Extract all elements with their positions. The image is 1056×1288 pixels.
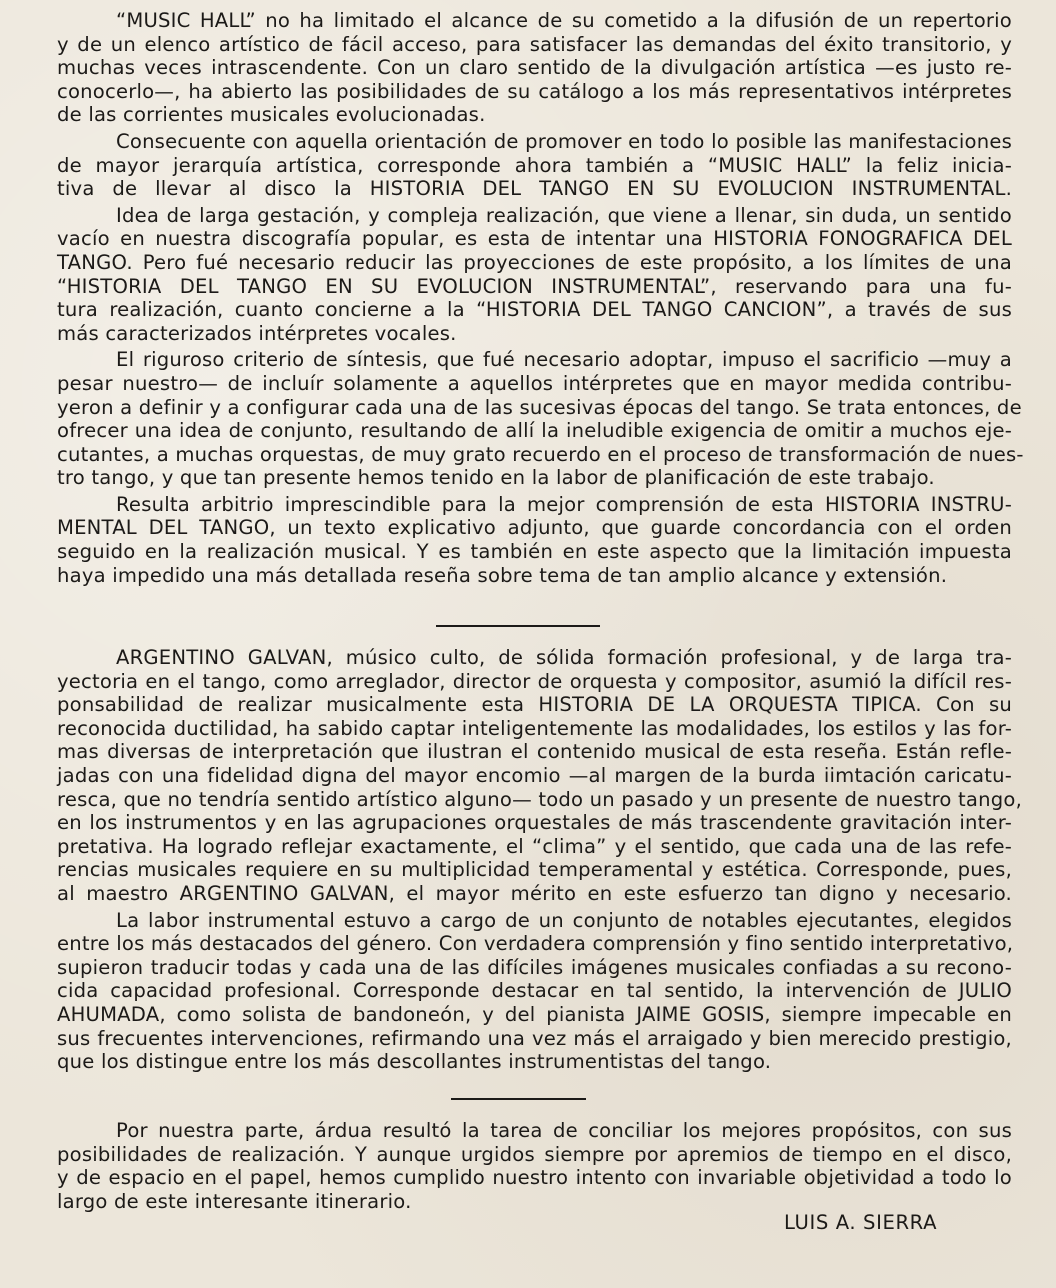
text-line: “MUSIC HALL” no ha limitado el alcance d… xyxy=(57,9,1012,33)
paragraph-instrumental-labor: La labor instrumental estuvo a cargo de … xyxy=(57,909,1012,1074)
text-line: resca, que no tendría sentido artístico … xyxy=(57,788,1012,812)
paragraph-argentino-galvan: ARGENTINO GALVAN, músico culto, de sólid… xyxy=(57,646,1012,906)
text-line: supieron traducir todas y cada una de la… xyxy=(57,956,1012,980)
text-line: largo de este interesante itinerario. xyxy=(57,1190,1012,1214)
text-line: seguido en la realización musical. Y es … xyxy=(57,540,1012,564)
text-line: que los distingue entre los más descolla… xyxy=(57,1050,1012,1074)
text-line: conocerlo—, ha abierto las posibilidades… xyxy=(57,80,1012,104)
text-line: yeron a definir y a configurar cada una … xyxy=(57,396,1012,420)
text-line: entre los más destacados del género. Con… xyxy=(57,932,1012,956)
text-line: ponsabilidad de realizar musicalmente es… xyxy=(57,693,1012,717)
text-line: ARGENTINO GALVAN, músico culto, de sólid… xyxy=(57,646,1012,670)
text-line: Consecuente con aquella orientación de p… xyxy=(57,130,1012,154)
text-line: Idea de larga gestación, y compleja real… xyxy=(57,204,1012,228)
text-line: tiva de llevar al disco la HISTORIA DEL … xyxy=(57,177,1012,201)
paragraph-closing: Por nuestra parte, árdua resultó la tare… xyxy=(57,1119,1012,1213)
text-line: cutantes, a muchas orquestas, de muy gra… xyxy=(57,443,1012,467)
section-divider xyxy=(451,1098,586,1100)
text-line: rencias musicales requiere en su multipl… xyxy=(57,858,1012,882)
paragraph-long-gestation: Idea de larga gestación, y compleja real… xyxy=(57,204,1012,346)
paragraph-explanatory-text: Resulta arbitrio imprescindible para la … xyxy=(57,493,1012,587)
text-line: tura realización, cuanto concierne a la … xyxy=(57,298,1012,322)
author-signature: LUIS A. SIERRA xyxy=(784,1211,937,1234)
text-line: y de un elenco artístico de fácil acceso… xyxy=(57,33,1012,57)
text-line: de las corrientes musicales evolucionada… xyxy=(57,103,1012,127)
text-line: vacío en nuestra discografía popular, es… xyxy=(57,227,1012,251)
text-line: MENTAL DEL TANGO, un texto explicativo a… xyxy=(57,516,1012,540)
text-line: tro tango, y que tan presente hemos teni… xyxy=(57,466,1012,490)
text-line: La labor instrumental estuvo a cargo de … xyxy=(57,909,1012,933)
text-line: muchas veces intrascendente. Con un clar… xyxy=(57,56,1012,80)
text-line: haya impedido una más detallada reseña s… xyxy=(57,564,1012,588)
text-line: pretativa. Ha logrado reflejar exactamen… xyxy=(57,835,1012,859)
paragraph-synthesis-criteria: El riguroso criterio de síntesis, que fu… xyxy=(57,348,1012,490)
text-line: Por nuestra parte, árdua resultó la tare… xyxy=(57,1119,1012,1143)
text-line: al maestro ARGENTINO GALVAN, el mayor mé… xyxy=(57,882,1012,906)
text-line: más caracterizados intérpretes vocales. xyxy=(57,322,1012,346)
text-line: yectoria en el tango, como arreglador, d… xyxy=(57,670,1012,694)
text-line: y de espacio en el papel, hemos cumplido… xyxy=(57,1166,1012,1190)
text-line: AHUMADA, como solista de bandoneón, y de… xyxy=(57,1003,1012,1027)
text-line: en los instrumentos y en las agrupacione… xyxy=(57,811,1012,835)
text-line: ofrecer una idea de conjunto, resultando… xyxy=(57,419,1012,443)
text-line: El riguroso criterio de síntesis, que fu… xyxy=(57,348,1012,372)
section-divider xyxy=(436,625,600,627)
text-line: “HISTORIA DEL TANGO EN SU EVOLUCION INST… xyxy=(57,275,1012,299)
text-line: pesar nuestro— de incluír solamente a aq… xyxy=(57,372,1012,396)
paragraph-initiative: Consecuente con aquella orientación de p… xyxy=(57,130,1012,201)
text-line: sus frecuentes intervenciones, refirmand… xyxy=(57,1027,1012,1051)
section-closing: Por nuestra parte, árdua resultó la tare… xyxy=(57,1119,1012,1216)
text-line: reconocida ductilidad, ha sabido captar … xyxy=(57,717,1012,741)
text-line: posibilidades de realización. Y aunque u… xyxy=(57,1143,1012,1167)
paragraph-music-hall-scope: “MUSIC HALL” no ha limitado el alcance d… xyxy=(57,9,1012,127)
section-galvan: ARGENTINO GALVAN, músico culto, de sólid… xyxy=(57,646,1012,1077)
text-line: TANGO. Pero fué necesario reducir las pr… xyxy=(57,251,1012,275)
section-intro: “MUSIC HALL” no ha limitado el alcance d… xyxy=(57,9,1012,590)
text-line: cida capacidad profesional. Corresponde … xyxy=(57,979,1012,1003)
text-line: mas diversas de interpretación que ilust… xyxy=(57,740,1012,764)
text-line: jadas con una fidelidad digna del mayor … xyxy=(57,764,1012,788)
text-line: Resulta arbitrio imprescindible para la … xyxy=(57,493,1012,517)
text-line: de mayor jerarquía artística, correspond… xyxy=(57,154,1012,178)
